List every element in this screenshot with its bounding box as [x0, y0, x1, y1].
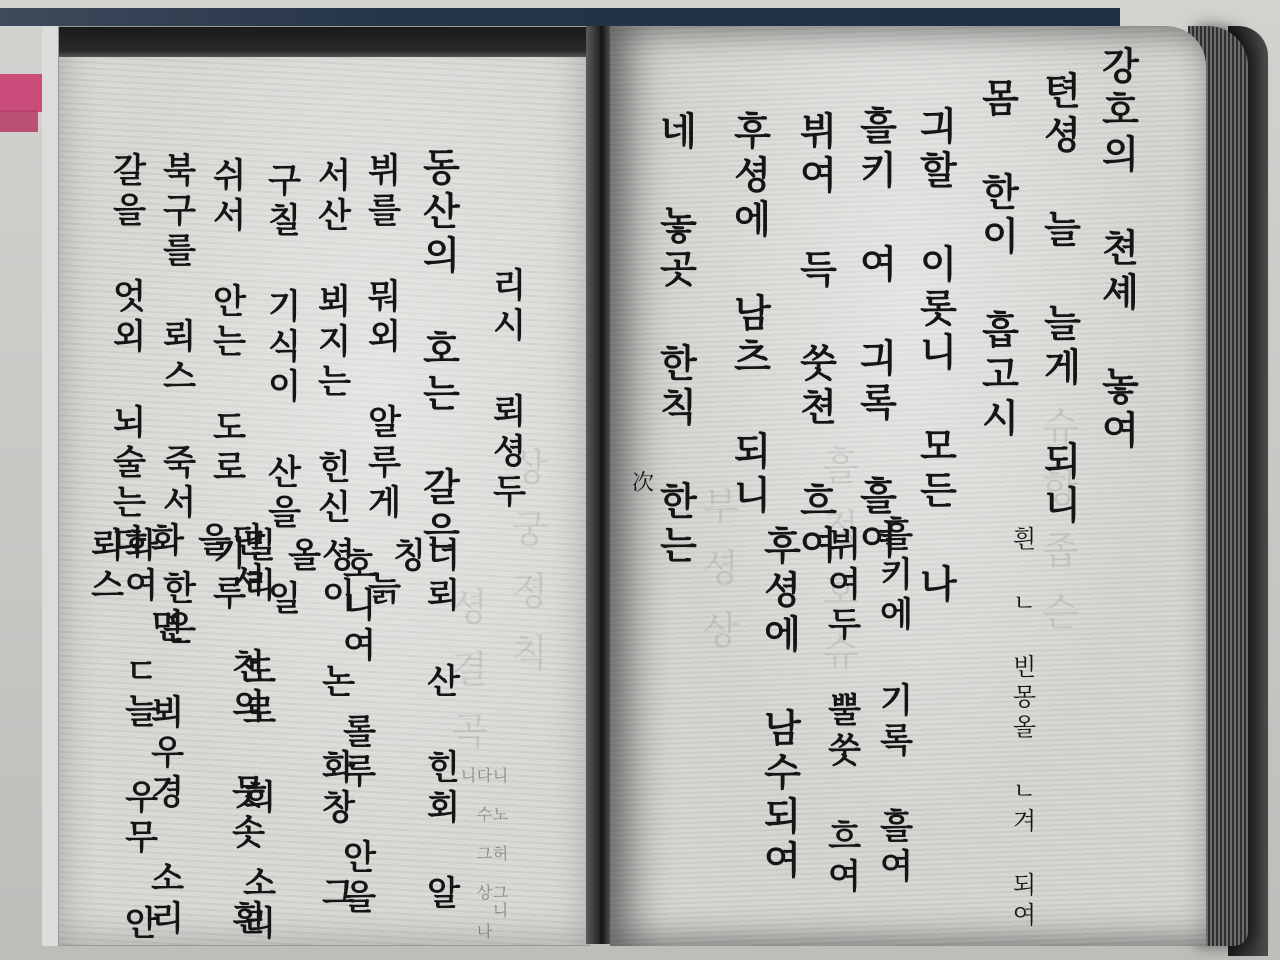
- text-column: 강호의 쳔셰 놓여: [1098, 46, 1136, 454]
- sticky-tab-fold: [0, 110, 38, 132]
- text-column: 동산의 호는 갈은: [419, 147, 457, 555]
- text-column: 흰 ㄴ 빈몽올 ㄴ겨 되여: [1010, 526, 1034, 932]
- top-band: [0, 8, 1120, 26]
- marginal-note: 니 노 허 그니 다 수 그 상 나 니: [459, 767, 507, 945]
- end-mark: 次: [632, 466, 654, 497]
- text-column: 화여 ㄷ늘 우무 안 뢰스: [87, 527, 155, 945]
- text-column: 너뢰 산 힌회 알칭: [389, 537, 457, 945]
- text-column: 긔할 이롯니 모든 나: [916, 106, 954, 608]
- text-column: 단셔 천의 뭇솟 흰을: [194, 522, 262, 945]
- text-column: 서산 뵈지는 힌신: [314, 157, 348, 529]
- text-column: 흘키에 기록 흘여: [876, 516, 910, 888]
- text-column: 후셩에 남츠 되니: [730, 111, 768, 519]
- text-column: 몸 한이 흡고시: [978, 78, 1016, 442]
- right-page: 슈 항 좁 슨 흘 정 호 슈 부 셩 상 강호의 쳔셰 놓여 텬셩 늘 늘게 …: [610, 26, 1206, 946]
- text-column: 갈을 엇외 뇌술는다: [109, 152, 143, 564]
- left-page-top-shadow: [59, 27, 589, 57]
- text-column: 뷔여두 뿔쑷 흐여: [824, 526, 858, 898]
- text-column: 후셩에 남수되여: [760, 526, 798, 884]
- text-column: 흘키 여 긔록 흘여: [856, 106, 894, 564]
- left-page: 상 궁 졍 칙 셩 결 곡 리시 뢰셩두 동산의 호는 갈은 뷔를 뭐외 알루게…: [58, 26, 590, 946]
- open-book: 상 궁 졍 칙 셩 결 곡 리시 뢰셩두 동산의 호는 갈은 뷔를 뭐외 알루게…: [58, 26, 1248, 956]
- text-column: 텬셩 늘 늘게 되니: [1040, 71, 1078, 529]
- text-column: 네 놓곳 한칙 한는: [656, 111, 694, 569]
- text-column: 뷔여 득 쑷쳔 흐여: [796, 111, 834, 569]
- text-column: 셩이 논 화창 그올: [284, 537, 352, 945]
- section-title-column: 리시 뢰셩두: [489, 267, 523, 513]
